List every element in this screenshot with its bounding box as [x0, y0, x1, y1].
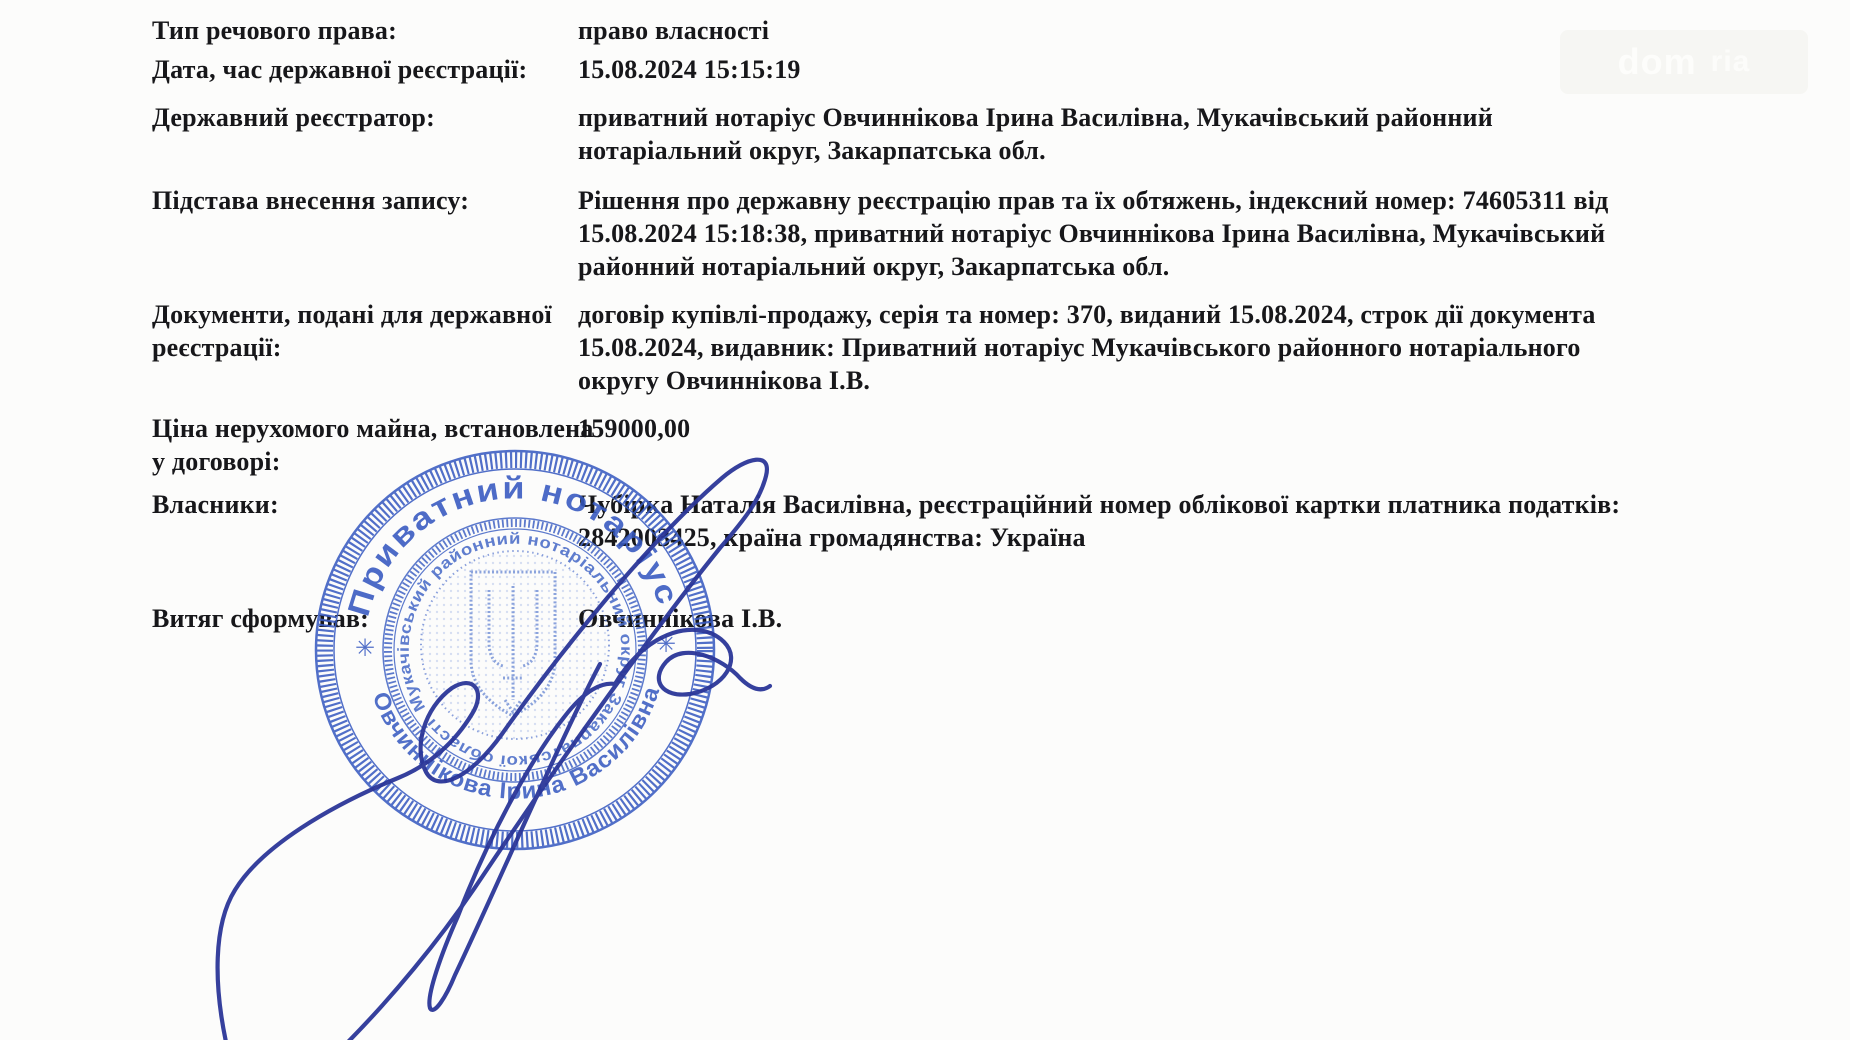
- watermark-text: dom: [1618, 41, 1697, 83]
- stamp-ring-bottom-text: Овчиннікова Ірина Василівна: [368, 682, 665, 803]
- field-value: право власності: [578, 14, 1660, 47]
- field-value: Рішення про державну реєстрацію прав та …: [578, 184, 1660, 283]
- field-label: Підстава внесення запису:: [152, 184, 604, 217]
- field-value: приватний нотаріус Овчиннікова Ірина Вас…: [578, 101, 1660, 167]
- site-watermark: dom ria: [1560, 30, 1808, 94]
- stamp-star-right-icon: ✳: [656, 632, 676, 658]
- field-value: Чубірка Наталія Василівна, реєстраційний…: [578, 488, 1660, 554]
- svg-text:Мукачівський районний нотаріал: Мукачівський районний нотаріальний округ…: [396, 531, 635, 770]
- notary-extract-document: Тип речового права: право власності Дата…: [0, 0, 1850, 1040]
- field-label: Власники:: [152, 488, 604, 521]
- field-label: Дата, час державної реєстрації:: [152, 53, 604, 86]
- field-value: 159000,00: [578, 412, 1660, 445]
- stamp-ring-inner-text: Мукачівський районний нотаріальний округ…: [396, 531, 635, 770]
- svg-text:Овчиннікова Ірина Василівна: Овчиннікова Ірина Василівна: [368, 682, 665, 803]
- stamp-star-left-icon: ✳: [355, 636, 375, 662]
- field-label: Тип речового права:: [152, 14, 604, 47]
- field-value: 15.08.2024 15:15:19: [578, 53, 1660, 86]
- field-label: Документи, подані для державної реєстрац…: [152, 298, 604, 364]
- field-label: Ціна нерухомого майна, встановлена у дог…: [152, 412, 604, 478]
- watermark-logo: ria: [1711, 45, 1751, 79]
- field-label: Витяг сформував:: [152, 602, 604, 635]
- field-value: договір купівлі-продажу, серія та номер:…: [578, 298, 1660, 397]
- trident-emblem-icon: [471, 572, 555, 716]
- field-label: Державний реєстратор:: [152, 101, 604, 134]
- field-value: Овчиннікова І.В.: [578, 602, 1660, 635]
